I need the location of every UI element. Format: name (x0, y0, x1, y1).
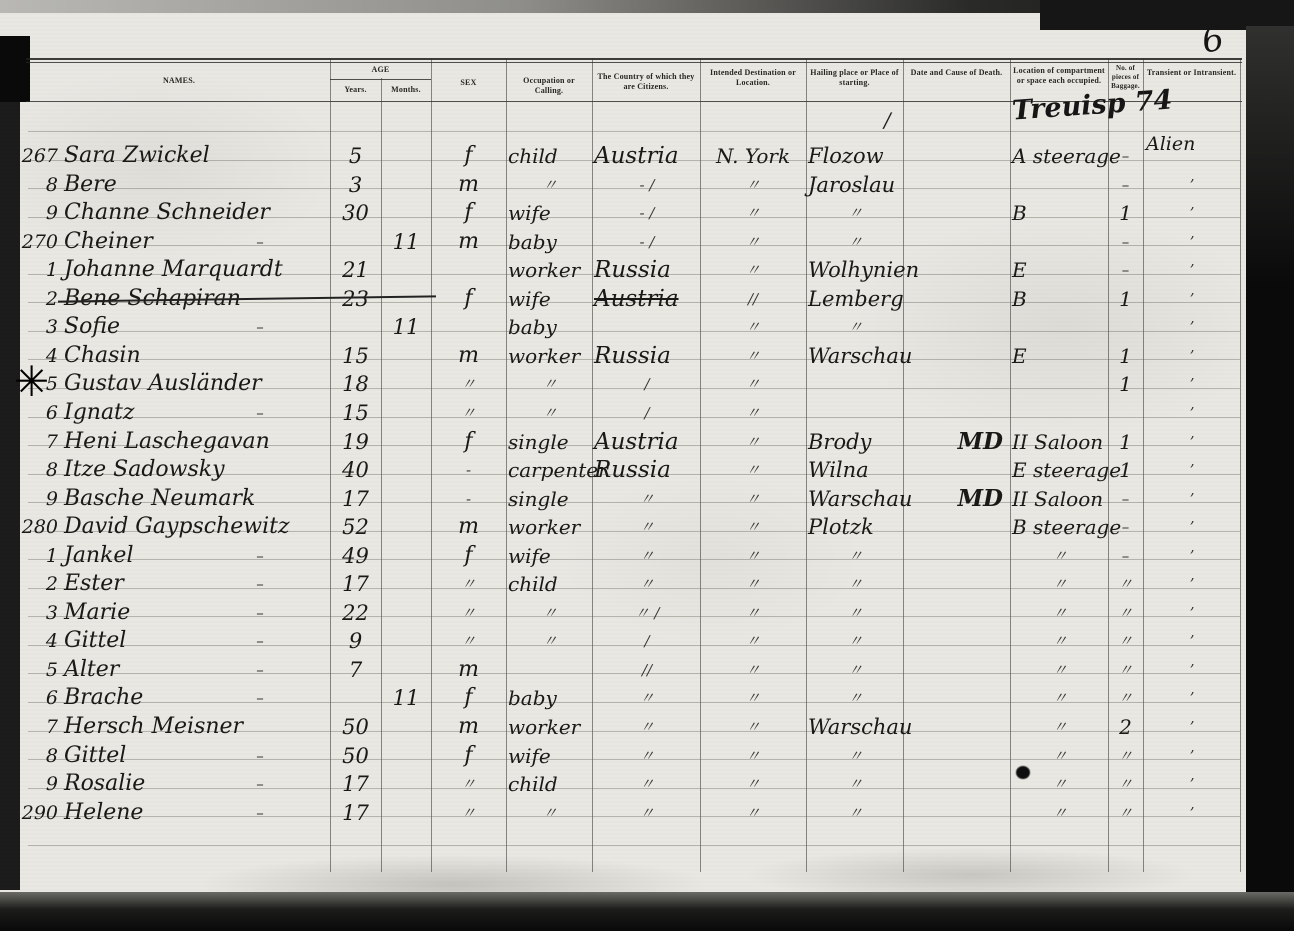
cell-years: 30 (330, 199, 381, 227)
cell-occupation: wife (508, 199, 551, 227)
cell-years: 15 (330, 399, 381, 427)
column-header-occupation: Occupation or Calling. (508, 76, 590, 97)
cell-occupation: single (508, 428, 569, 456)
cell-transient: ’ (1146, 570, 1238, 598)
cell-baggage: – (1108, 171, 1143, 199)
cell-hailing: Jaroslau (808, 171, 895, 199)
cell-years: 23 (330, 285, 381, 313)
cell-sex: f (431, 285, 506, 313)
cell-transient: Alien (1146, 130, 1195, 158)
cell-death: MD (903, 428, 1003, 456)
cell-destination: 〃 (700, 627, 806, 655)
cell-transient: ’ (1146, 228, 1238, 256)
cell-sex: f (431, 142, 506, 170)
cell-destination: 〃 (700, 313, 806, 341)
cell-baggage: 〃 (1108, 770, 1143, 798)
table-row: 6Ignatz15〃〃∕〃’– (0, 399, 1294, 427)
table-row: 8Itze Sadowsky40‐carpenterRussia〃WilnaE … (0, 456, 1294, 484)
cell-destination: 〃 (700, 770, 806, 798)
cell-baggage: – (1108, 142, 1143, 170)
cell-country: ∕ (594, 370, 700, 398)
cell-destination: ∕∕ (700, 285, 806, 313)
cell-num: 3 (14, 599, 58, 627)
cell-sex: ‐ (431, 456, 506, 484)
name-ditto-mark: – (240, 570, 280, 598)
cell-baggage: 〃 (1108, 599, 1143, 627)
cell-transient: ’ (1146, 656, 1238, 684)
table-row: 3Marie22〃〃〃 ∕〃〃〃〃’– (0, 599, 1294, 627)
cell-transient: ’ (1146, 199, 1238, 227)
cell-sex: 〃 (431, 627, 506, 655)
cell-years: 3 (330, 171, 381, 199)
cell-baggage: 〃 (1108, 684, 1143, 712)
cell-name: Gittel (64, 742, 126, 770)
column-header-destination: Intended Destination or Location. (702, 68, 804, 89)
cell-num: 8 (14, 742, 58, 770)
cell-months: 11 (381, 313, 431, 341)
cell-location: B (1012, 285, 1027, 313)
cell-hailing: 〃 (808, 599, 903, 627)
table-row: 3Sofie11baby〃〃’– (0, 313, 1294, 341)
cell-occupation: worker (508, 513, 580, 541)
cell-transient: ’ (1146, 285, 1238, 313)
cell-name: Ignatz (64, 399, 135, 427)
cell-country: Russia (594, 456, 671, 484)
cell-years: 5 (330, 142, 381, 170)
cell-num: 4 (14, 627, 58, 655)
column-header-transient: Transient or Intransient. (1145, 68, 1238, 78)
cell-occupation: 〃 (508, 599, 592, 627)
cell-num: 5 (14, 656, 58, 684)
cell-transient: ’ (1146, 627, 1238, 655)
cell-num: 7 (14, 428, 58, 456)
cell-name: Sofie (64, 313, 120, 341)
table-row: 2Bene Schapiran23fwifeAustria∕∕LembergB1… (0, 285, 1294, 313)
cell-transient: ’ (1146, 428, 1238, 456)
cell-occupation: 〃 (508, 627, 592, 655)
cell-baggage: 1 (1108, 285, 1143, 313)
cell-destination: 〃 (700, 570, 806, 598)
column-header-location: Location of compartment or space each oc… (1012, 66, 1106, 87)
cell-hailing: 〃 (808, 199, 903, 227)
table-row: 8Bere3m〃‐ ∕〃Jaroslau–’ (0, 171, 1294, 199)
column-header-names: NAMES. (28, 76, 330, 86)
cell-years: 17 (330, 770, 381, 798)
cell-hailing: 〃 (808, 627, 903, 655)
cell-country: ‐ ∕ (594, 171, 700, 199)
name-ditto-mark: – (240, 542, 280, 570)
cell-country: ∕∕ (594, 656, 700, 684)
table-row: 1Johanne Marquardt21workerRussia〃Wolhyni… (0, 256, 1294, 284)
cell-num: 2 (14, 570, 58, 598)
table-row: 6Brache11fbaby〃〃〃〃〃’– (0, 684, 1294, 712)
cell-baggage: 〃 (1108, 627, 1143, 655)
cell-destination: 〃 (700, 428, 806, 456)
table-row: 9Basche Neumark17‐single〃〃WarschauMDII S… (0, 485, 1294, 513)
cell-years: 17 (330, 570, 381, 598)
cell-transient: ’ (1146, 313, 1238, 341)
cell-name: Cheiner (64, 228, 153, 256)
cell-destination: 〃 (700, 656, 806, 684)
cell-destination: 〃 (700, 228, 806, 256)
grid-horizontal-line (28, 845, 1240, 846)
cell-hailing: Wilna (808, 456, 869, 484)
table-row: 4Gittel9〃〃∕〃〃〃〃’– (0, 627, 1294, 655)
cell-name: Heni Laschegavan (64, 428, 270, 456)
cell-occupation: worker (508, 342, 580, 370)
cell-country: 〃 ∕ (594, 599, 700, 627)
cell-sex: m (431, 713, 506, 741)
cell-transient: ’ (1146, 799, 1238, 827)
table-row: 270Cheiner11mbaby‐ ∕〃〃–’– (0, 228, 1294, 256)
cell-hailing: 〃 (808, 656, 903, 684)
cell-destination: 〃 (700, 342, 806, 370)
cell-years: 19 (330, 428, 381, 456)
cell-hailing: 〃 (808, 770, 903, 798)
table-row: 8Gittel50fwife〃〃〃〃〃’– (0, 742, 1294, 770)
column-header-age-years: Years. (330, 85, 381, 95)
cell-name: Marie (64, 599, 130, 627)
column-header-hailing: Hailing place or Place of starting. (808, 68, 901, 89)
cell-transient: ’ (1146, 485, 1238, 513)
cell-occupation: wife (508, 542, 551, 570)
cell-hailing: 〃 (808, 313, 903, 341)
cell-sex: 〃 (431, 799, 506, 827)
cell-country: 〃 (594, 485, 700, 513)
cell-hailing: Brody (808, 428, 871, 456)
cell-sex: f (431, 428, 506, 456)
cell-name: Alter (64, 656, 119, 684)
cell-death: MD (903, 485, 1003, 513)
cell-destination: 〃 (700, 799, 806, 827)
cell-num: 267 (14, 142, 58, 170)
cell-location: B steerage (1012, 513, 1121, 541)
cell-transient: ’ (1146, 542, 1238, 570)
cell-occupation: child (508, 570, 558, 598)
cell-country: 〃 (594, 742, 700, 770)
cell-hailing: Warschau (808, 485, 912, 513)
cell-transient: ’ (1146, 256, 1238, 284)
cell-transient: ’ (1146, 370, 1238, 398)
cell-hailing: 〃 (808, 542, 903, 570)
cell-location: E (1012, 256, 1027, 284)
cell-name: Rosalie (64, 770, 145, 798)
name-ditto-mark: – (240, 742, 280, 770)
name-ditto-mark: – (240, 627, 280, 655)
cell-location: B (1012, 199, 1027, 227)
cell-hailing: 〃 (808, 799, 903, 827)
cell-location: II Saloon (1012, 428, 1103, 456)
cell-occupation: wife (508, 285, 551, 313)
cell-name: Bere (64, 171, 117, 199)
cell-sex: 〃 (431, 770, 506, 798)
cell-country: ∕ (594, 399, 700, 427)
cell-sex: 〃 (431, 399, 506, 427)
cell-years: 50 (330, 713, 381, 741)
table-row: 267Sara Zwickel5fchildAustriaN. YorkFloz… (0, 142, 1294, 170)
cell-sex: m (431, 228, 506, 256)
cell-destination: 〃 (700, 599, 806, 627)
cell-hailing: Plotzk (808, 513, 874, 541)
cell-destination: 〃 (700, 171, 806, 199)
cell-name: Itze Sadowsky (64, 456, 225, 484)
cell-destination: N. York (700, 142, 806, 170)
cell-name: Basche Neumark (64, 485, 255, 513)
cell-sex: f (431, 742, 506, 770)
cell-num: 280 (14, 513, 58, 541)
name-ditto-mark: – (240, 656, 280, 684)
cell-years: 18 (330, 370, 381, 398)
cell-num: 8 (14, 456, 58, 484)
cell-occupation: carpenter (508, 456, 608, 484)
cell-num: 270 (14, 228, 58, 256)
cell-name: Johanne Marquardt (64, 256, 283, 284)
cell-transient: ’ (1146, 742, 1238, 770)
table-row: 9Channe Schneider30fwife‐ ∕〃〃B1’ (0, 199, 1294, 227)
cell-baggage: 〃 (1108, 656, 1143, 684)
cell-transient: ’ (1146, 342, 1238, 370)
cell-country: 〃 (594, 713, 700, 741)
cell-destination: 〃 (700, 713, 806, 741)
cell-name: Sara Zwickel (64, 142, 210, 170)
cell-sex: f (431, 199, 506, 227)
cell-transient: ’ (1146, 456, 1238, 484)
cell-country: Austria (594, 142, 679, 170)
cell-sex: m (431, 342, 506, 370)
cell-country: Russia (594, 256, 671, 284)
cell-sex: m (431, 656, 506, 684)
cell-destination: 〃 (700, 256, 806, 284)
cell-name: Gittel (64, 627, 126, 655)
cell-occupation: 〃 (508, 399, 592, 427)
cell-baggage: 〃 (1108, 570, 1143, 598)
cell-baggage: 1 (1108, 342, 1143, 370)
cell-years: 50 (330, 742, 381, 770)
cell-baggage: – (1108, 228, 1143, 256)
cell-occupation: 〃 (508, 171, 592, 199)
cell-destination: 〃 (700, 199, 806, 227)
table-row: 7Hersch Meisner50mworker〃〃Warschau〃2’ (0, 713, 1294, 741)
cell-baggage: 1 (1108, 199, 1143, 227)
name-ditto-mark: – (240, 228, 280, 256)
cell-location: 〃 (1012, 684, 1108, 712)
name-ditto-mark: – (240, 399, 280, 427)
cell-years: 17 (330, 799, 381, 827)
cell-hailing: 〃 (808, 742, 903, 770)
table-row: 5Alter7m∕∕〃〃〃〃’– (0, 656, 1294, 684)
cell-country: ‐ ∕ (594, 199, 700, 227)
cell-location: II Saloon (1012, 485, 1103, 513)
cell-years: 22 (330, 599, 381, 627)
cell-destination: 〃 (700, 399, 806, 427)
cell-months: 11 (381, 228, 431, 256)
cell-hailing: Warschau (808, 342, 912, 370)
cell-sex: f (431, 684, 506, 712)
cell-location: 〃 (1012, 656, 1108, 684)
cell-hailing: 〃 (808, 228, 903, 256)
cell-baggage: 2 (1108, 713, 1143, 741)
cell-country: 〃 (594, 542, 700, 570)
stray-pen-tick: ∕ (884, 108, 891, 132)
cell-country: 〃 (594, 684, 700, 712)
cell-years: 21 (330, 256, 381, 284)
cell-num: 7 (14, 713, 58, 741)
table-row: 7Heni Laschegavan19fsingleAustria〃BrodyM… (0, 428, 1294, 456)
grid-horizontal-line (28, 131, 1240, 132)
table-row: 290Helene17〃〃〃〃〃〃〃’– (0, 799, 1294, 827)
cell-country: 〃 (594, 570, 700, 598)
table-row: 5Gustav Ausländer18〃〃∕〃1’✳ (0, 370, 1294, 398)
cell-destination: 〃 (700, 513, 806, 541)
cell-num: 9 (14, 199, 58, 227)
cell-hailing: Lemberg (808, 285, 904, 313)
cell-sex: f (431, 542, 506, 570)
cell-transient: ’ (1146, 770, 1238, 798)
name-ditto-mark: – (240, 799, 280, 827)
cell-transient: ’ (1146, 713, 1238, 741)
cell-destination: 〃 (700, 456, 806, 484)
cell-occupation: baby (508, 313, 557, 341)
cell-destination: 〃 (700, 684, 806, 712)
cell-location: 〃 (1012, 742, 1108, 770)
cell-years: 49 (330, 542, 381, 570)
cell-country: 〃 (594, 770, 700, 798)
cell-destination: 〃 (700, 370, 806, 398)
cell-occupation: baby (508, 684, 557, 712)
cell-years: 9 (330, 627, 381, 655)
cell-hailing: Flozow (808, 142, 884, 170)
cell-location: E (1012, 342, 1027, 370)
cell-name: Hersch Meisner (64, 713, 243, 741)
column-header-sex: SEX (431, 78, 506, 88)
cell-destination: 〃 (700, 485, 806, 513)
cell-num: 6 (14, 399, 58, 427)
cell-country: 〃 (594, 513, 700, 541)
name-ditto-mark: – (240, 313, 280, 341)
cell-occupation: child (508, 142, 558, 170)
cell-baggage: 〃 (1108, 799, 1143, 827)
cell-location: A steerage (1012, 142, 1121, 170)
cell-baggage: 1 (1108, 370, 1143, 398)
cell-years: 17 (330, 485, 381, 513)
column-header-age: AGE (330, 65, 431, 75)
cell-num: 290 (14, 799, 58, 827)
cell-transient: ’ (1146, 684, 1238, 712)
cell-destination: 〃 (700, 742, 806, 770)
cell-name: Helene (64, 799, 143, 827)
scan-bottom-edge (0, 892, 1294, 931)
cell-name: Ester (64, 570, 124, 598)
cell-hailing: 〃 (808, 570, 903, 598)
cell-num: 9 (14, 770, 58, 798)
cell-hailing: 〃 (808, 684, 903, 712)
header-handwritten-annotation: Treuisp 74 (1011, 84, 1173, 126)
cell-occupation: wife (508, 742, 551, 770)
cell-num: 1 (14, 542, 58, 570)
cell-num: 2 (14, 285, 58, 313)
cell-location: 〃 (1012, 570, 1108, 598)
cell-occupation: 〃 (508, 799, 592, 827)
cell-location: 〃 (1012, 542, 1108, 570)
cell-num: 3 (14, 313, 58, 341)
column-header-death: Date and Cause of Death. (905, 68, 1008, 78)
cell-baggage: 〃 (1108, 742, 1143, 770)
cell-country: Russia (594, 342, 671, 370)
cell-location: 〃 (1012, 799, 1108, 827)
cell-sex: 〃 (431, 599, 506, 627)
cell-baggage: – (1108, 513, 1143, 541)
cell-transient: ’ (1146, 599, 1238, 627)
name-ditto-mark: – (240, 770, 280, 798)
cell-baggage: 1 (1108, 428, 1143, 456)
cell-sex: ‐ (431, 485, 506, 513)
cell-sex: 〃 (431, 370, 506, 398)
cell-country: ∕ (594, 627, 700, 655)
cell-location: 〃 (1012, 599, 1108, 627)
cell-country: Austria (594, 285, 679, 313)
cell-country: 〃 (594, 799, 700, 827)
cell-num: 9 (14, 485, 58, 513)
cell-hailing: Warschau (808, 713, 912, 741)
cell-occupation: single (508, 485, 569, 513)
cell-name: Chasin (64, 342, 141, 370)
table-row: 280David Gaypschewitz52mworker〃〃PlotzkB … (0, 513, 1294, 541)
cell-baggage: – (1108, 542, 1143, 570)
cell-transient: ’ (1146, 513, 1238, 541)
cell-transient: ’ (1146, 171, 1238, 199)
cell-destination: 〃 (700, 542, 806, 570)
cell-occupation: worker (508, 256, 580, 284)
cell-location: 〃 (1012, 770, 1108, 798)
cell-baggage: – (1108, 256, 1143, 284)
cell-sex: 〃 (431, 570, 506, 598)
cell-location: E steerage (1012, 456, 1121, 484)
cell-transient: ’ (1146, 399, 1238, 427)
column-header-country: The Country of which they are Citizens. (594, 72, 698, 93)
cell-years: 40 (330, 456, 381, 484)
cell-years: 7 (330, 656, 381, 684)
cell-sex: m (431, 513, 506, 541)
cell-occupation: child (508, 770, 558, 798)
cell-name: Jankel (64, 542, 134, 570)
scan-left-notch (0, 36, 30, 102)
cell-country: ‐ ∕ (594, 228, 700, 256)
cell-num: 8 (14, 171, 58, 199)
cell-location: 〃 (1012, 713, 1108, 741)
header-top-rule-2 (26, 62, 1242, 63)
cell-baggage: – (1108, 485, 1143, 513)
cell-months: 11 (381, 684, 431, 712)
cell-occupation: 〃 (508, 370, 592, 398)
name-ditto-mark: – (240, 684, 280, 712)
table-row: 9Rosalie17〃child〃〃〃〃〃’– (0, 770, 1294, 798)
cell-name: Brache (64, 684, 143, 712)
cell-location: 〃 (1012, 627, 1108, 655)
name-ditto-mark: – (240, 599, 280, 627)
column-header-age-months: Months. (381, 85, 431, 95)
table-row: 2Ester17〃child〃〃〃〃〃’– (0, 570, 1294, 598)
table-row: 4Chasin15mworkerRussia〃WarschauE1’ (0, 342, 1294, 370)
cell-num: 6 (14, 684, 58, 712)
cell-baggage: 1 (1108, 456, 1143, 484)
cell-occupation: worker (508, 713, 580, 741)
cell-years: 15 (330, 342, 381, 370)
header-top-rule (26, 58, 1242, 60)
cell-years: 52 (330, 513, 381, 541)
cell-num: 1 (14, 256, 58, 284)
cell-sex: m (431, 171, 506, 199)
table-row: 1Jankel49fwife〃〃〃〃–’– (0, 542, 1294, 570)
